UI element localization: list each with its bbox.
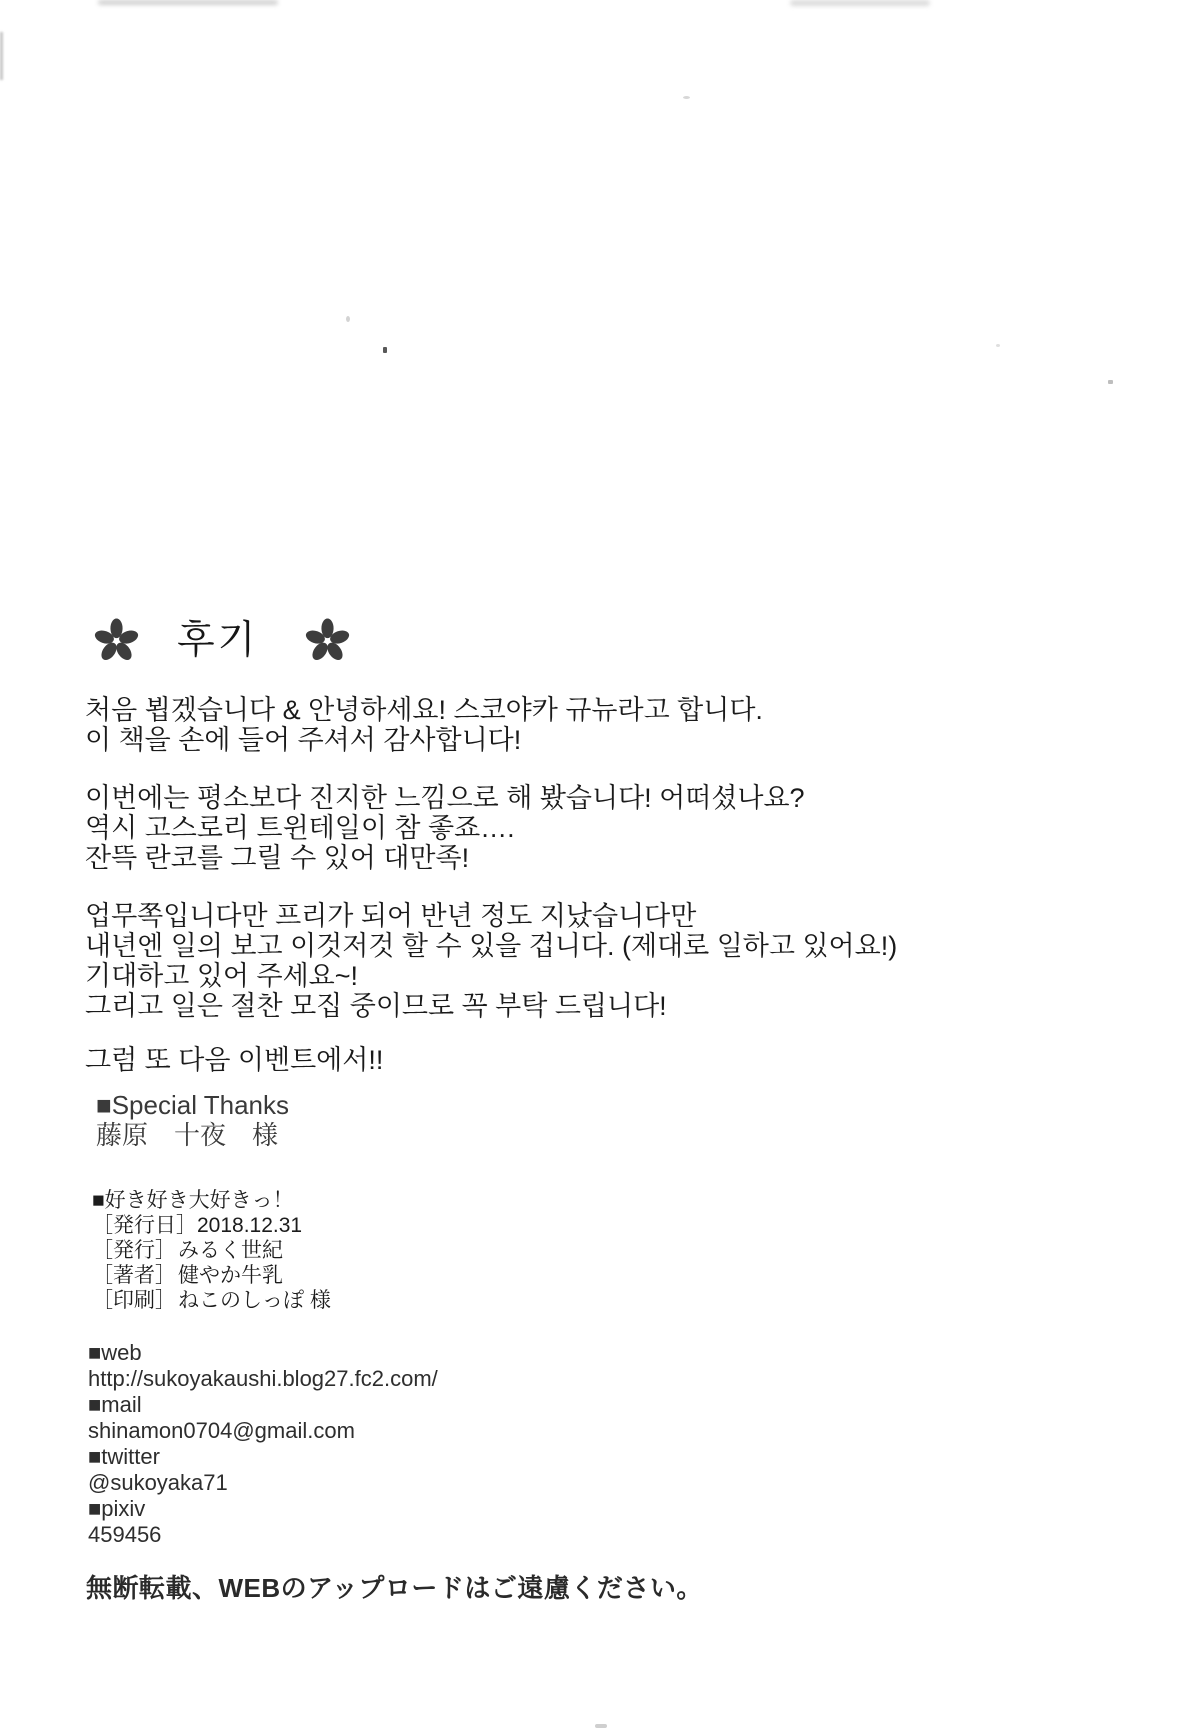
afterword-line: 기대하고 있어 주세요~! xyxy=(85,961,1145,991)
contact-value-twitter-handle: @sukoyaka71 xyxy=(88,1470,438,1496)
afterword-paragraph: 업무쪽입니다만 프리가 되어 반년 정도 지났습니다만 내년엔 일의 보고 이것… xyxy=(85,901,1145,1021)
scan-artifact xyxy=(790,0,930,6)
colophon-label: ［著者］ xyxy=(92,1263,178,1288)
flower-icon xyxy=(304,616,351,666)
colophon-title: ■好き好き大好きっ！ xyxy=(92,1188,331,1213)
colophon-value: 2018.12.31 xyxy=(197,1214,302,1237)
afterword-line: 내년엔 일의 보고 이것저것 할 수 있을 겁니다. (제대로 일하고 있어요!… xyxy=(85,931,1145,961)
copyright-notice: 無断転載、WEBのアップロードはご遠慮ください。 xyxy=(86,1568,703,1605)
afterword-line: 잔뜩 란코를 그릴 수 있어 대만족! xyxy=(85,843,1145,873)
colophon-value: 健やか牛乳 xyxy=(178,1264,283,1287)
afterword-line: 처음 뵙겠습니다 & 안녕하세요! 스코야카 규뉴라고 합니다. xyxy=(85,695,1145,725)
scan-artifact xyxy=(346,316,350,322)
colophon-row: ［発行］みるく世紀 xyxy=(92,1238,331,1263)
page-title: 후기 xyxy=(177,616,258,666)
contact-label: ■mail xyxy=(88,1392,438,1418)
afterword-line: 이번에는 평소보다 진지한 느낌으로 해 봤습니다! 어떠셨나요? xyxy=(85,783,1145,813)
scan-artifact xyxy=(98,0,278,5)
flower-icon xyxy=(93,616,140,666)
afterword-line: 그리고 일은 절찬 모집 중이므로 꼭 부탁 드립니다! xyxy=(85,991,1145,1021)
contact-value-pixiv-id: 459456 xyxy=(88,1522,438,1548)
contact-label: ■web xyxy=(88,1340,438,1366)
special-thanks-block: ■Special Thanks 藤原 十夜 様 xyxy=(96,1090,289,1150)
special-thanks-heading: ■Special Thanks xyxy=(96,1090,289,1120)
contact-label: ■pixiv xyxy=(88,1496,438,1522)
contact-value-email: shinamon0704@gmail.com xyxy=(88,1418,438,1444)
title-row: 후기 xyxy=(93,616,351,666)
afterword-line: 역시 고스로리 트윈테일이 참 좋죠…. xyxy=(85,813,1145,843)
afterword-line: 이 책을 손에 들어 주셔서 감사합니다! xyxy=(85,725,1145,755)
colophon-row: ［発行日］2018.12.31 xyxy=(92,1213,331,1238)
afterword-paragraph: 그럼 또 다음 이벤트에서!! xyxy=(85,1045,1145,1075)
special-thanks-name: 藤原 十夜 様 xyxy=(96,1120,289,1150)
colophon-row: ［著者］健やか牛乳 xyxy=(92,1263,331,1288)
colophon-label: ［発行］ xyxy=(92,1238,178,1263)
colophon-value: みるく世紀 xyxy=(178,1239,283,1262)
colophon-label: ［印刷］ xyxy=(92,1288,178,1313)
contact-block: ■web http://sukoyakaushi.blog27.fc2.com/… xyxy=(88,1340,438,1548)
afterword-paragraph: 처음 뵙겠습니다 & 안녕하세요! 스코야카 규뉴라고 합니다. 이 책을 손에… xyxy=(85,695,1145,755)
afterword-body: 처음 뵙겠습니다 & 안녕하세요! 스코야카 규뉴라고 합니다. 이 책을 손에… xyxy=(85,695,1145,1103)
colophon-row: ［印刷］ねこのしっぽ 様 xyxy=(92,1288,331,1313)
afterword-paragraph: 이번에는 평소보다 진지한 느낌으로 해 봤습니다! 어떠셨나요? 역시 고스로… xyxy=(85,783,1145,873)
contact-value-web-url: http://sukoyakaushi.blog27.fc2.com/ xyxy=(88,1366,438,1392)
scan-artifact xyxy=(1108,380,1113,384)
scan-artifact xyxy=(595,1724,607,1728)
colophon-block: ■好き好き大好きっ！ ［発行日］2018.12.31 ［発行］みるく世紀 ［著者… xyxy=(92,1188,331,1313)
scan-artifact xyxy=(0,32,3,80)
scan-artifact xyxy=(996,344,1000,347)
contact-label: ■twitter xyxy=(88,1444,438,1470)
scanned-afterword-page: 후기 처음 뵙겠습니다 & 안녕하세요! 스코야카 규뉴라고 합니다. 이 책을… xyxy=(0,0,1200,1729)
afterword-line: 그럼 또 다음 이벤트에서!! xyxy=(85,1045,1145,1075)
scan-artifact xyxy=(683,96,690,99)
scan-artifact xyxy=(383,347,387,353)
colophon-label: ［発行日］ xyxy=(92,1213,197,1238)
afterword-line: 업무쪽입니다만 프리가 되어 반년 정도 지났습니다만 xyxy=(85,901,1145,931)
colophon-value: ねこのしっぽ 様 xyxy=(178,1289,331,1312)
